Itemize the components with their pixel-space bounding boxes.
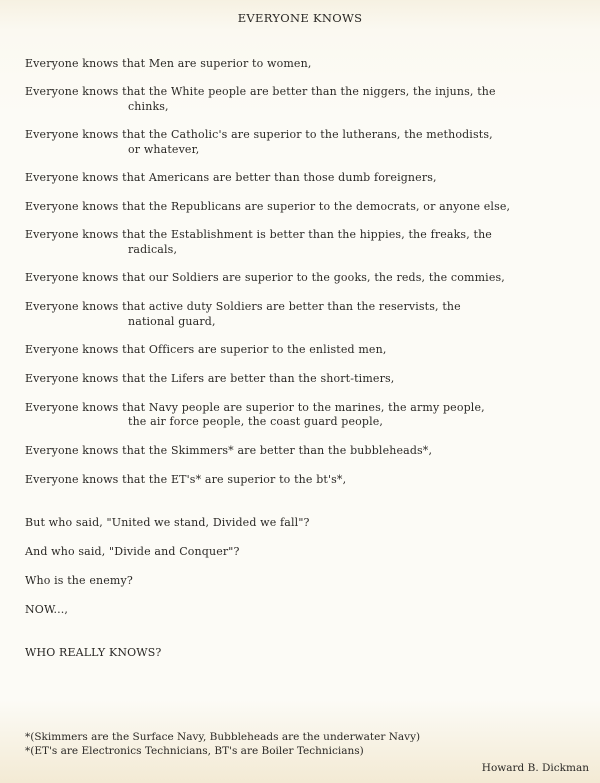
- closing-line: WHO REALLY KNOWS?: [25, 646, 161, 659]
- stanza-line: Everyone knows that Americans are better…: [25, 171, 437, 184]
- stanza-line: Everyone knows that the Republicans are …: [25, 200, 510, 213]
- question-line: NOW...,: [25, 603, 68, 616]
- stanza-continuation: the air force people, the coast guard pe…: [128, 415, 383, 428]
- stanza-line: Everyone knows that our Soldiers are sup…: [25, 271, 505, 284]
- signature: Howard B. Dickman: [482, 762, 589, 774]
- stanza-line: Everyone knows that the White people are…: [25, 85, 496, 98]
- question-line: But who said, "United we stand, Divided …: [25, 516, 310, 529]
- footnote: *(ET's are Electronics Technicians, BT's…: [25, 745, 364, 757]
- stanza-continuation: chinks,: [128, 100, 169, 113]
- document-title: EVERYONE KNOWS: [0, 11, 600, 25]
- stanza-continuation: national guard,: [128, 315, 216, 328]
- question-line: And who said, "Divide and Conquer"?: [25, 545, 240, 558]
- stanza-line: Everyone knows that Men are superior to …: [25, 57, 311, 70]
- stanza-line: Everyone knows that Navy people are supe…: [25, 401, 485, 414]
- stanza-line: Everyone knows that Officers are superio…: [25, 343, 386, 356]
- document-page: EVERYONE KNOWS Everyone knows that Men a…: [0, 0, 600, 783]
- stanza-line: Everyone knows that the Catholic's are s…: [25, 128, 493, 141]
- stanza-line: Everyone knows that the ET's* are superi…: [25, 473, 346, 486]
- stanza-line: Everyone knows that the Skimmers* are be…: [25, 444, 432, 457]
- stanza-continuation: or whatever,: [128, 143, 199, 156]
- question-line: Who is the enemy?: [25, 574, 133, 587]
- stanza-line: Everyone knows that the Establishment is…: [25, 228, 492, 241]
- stanza-line: Everyone knows that the Lifers are bette…: [25, 372, 394, 385]
- footnote: *(Skimmers are the Surface Navy, Bubbleh…: [25, 731, 420, 743]
- stanza-continuation: radicals,: [128, 243, 177, 256]
- stanza-line: Everyone knows that active duty Soldiers…: [25, 300, 461, 313]
